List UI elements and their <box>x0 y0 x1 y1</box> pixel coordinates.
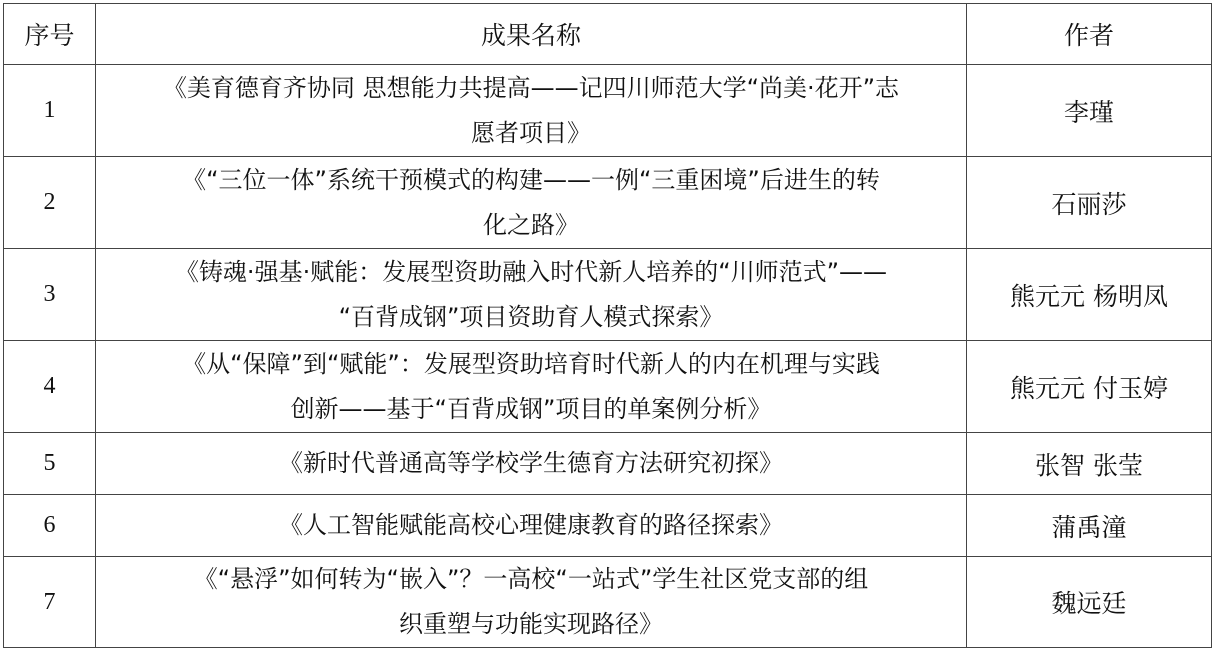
row-number: 4 <box>4 341 96 433</box>
title-line: 《铸魂·强基·赋能：发展型资助融入时代新人培养的“川师范式”—— <box>96 250 966 295</box>
row-number: 7 <box>4 557 96 648</box>
achievement-title: 《新时代普通高等学校学生德育方法研究初探》 <box>96 433 967 495</box>
table-row: 6 《人工智能赋能高校心理健康教育的路径探索》 蒲禹潼 <box>4 495 1212 557</box>
title-line: 《“三位一体”系统干预模式的构建——一例“三重困境”后进生的转 <box>96 158 966 203</box>
table-row: 4 《从“保障”到“赋能”：发展型资助培育时代新人的内在机理与实践 创新——基于… <box>4 341 1212 433</box>
table-row: 2 《“三位一体”系统干预模式的构建——一例“三重困境”后进生的转 化之路》 石… <box>4 157 1212 249</box>
title-line: 织重塑与功能实现路径》 <box>96 602 966 647</box>
achievement-title: 《“三位一体”系统干预模式的构建——一例“三重困境”后进生的转 化之路》 <box>96 157 967 249</box>
row-number: 6 <box>4 495 96 557</box>
header-author: 作者 <box>967 4 1212 65</box>
achievement-title: 《人工智能赋能高校心理健康教育的路径探索》 <box>96 495 967 557</box>
header-title: 成果名称 <box>96 4 967 65</box>
table-row: 3 《铸魂·强基·赋能：发展型资助融入时代新人培养的“川师范式”—— “百背成钢… <box>4 249 1212 341</box>
title-line: 《“悬浮”如何转为“嵌入”？一高校“一站式”学生社区党支部的组 <box>96 557 966 602</box>
achievement-title: 《铸魂·强基·赋能：发展型资助融入时代新人培养的“川师范式”—— “百背成钢”项… <box>96 249 967 341</box>
header-no: 序号 <box>4 4 96 65</box>
title-line: 化之路》 <box>96 203 966 248</box>
title-line: 《从“保障”到“赋能”：发展型资助培育时代新人的内在机理与实践 <box>96 342 966 387</box>
table-row: 5 《新时代普通高等学校学生德育方法研究初探》 张智 张莹 <box>4 433 1212 495</box>
author: 熊元元 杨明凤 <box>967 249 1212 341</box>
author: 熊元元 付玉婷 <box>967 341 1212 433</box>
author: 张智 张莹 <box>967 433 1212 495</box>
row-number: 2 <box>4 157 96 249</box>
row-number: 3 <box>4 249 96 341</box>
row-number: 1 <box>4 65 96 157</box>
achievement-title: 《“悬浮”如何转为“嵌入”？一高校“一站式”学生社区党支部的组 织重塑与功能实现… <box>96 557 967 648</box>
title-line: 《人工智能赋能高校心理健康教育的路径探索》 <box>96 503 966 548</box>
row-number: 5 <box>4 433 96 495</box>
title-line: “百背成钢”项目资助育人模式探索》 <box>96 295 966 340</box>
achievement-title: 《美育德育齐协同 思想能力共提高——记四川师范大学“尚美·花开”志 愿者项目》 <box>96 65 967 157</box>
title-line: 创新——基于“百背成钢”项目的单案例分析》 <box>96 387 966 432</box>
table-row: 7 《“悬浮”如何转为“嵌入”？一高校“一站式”学生社区党支部的组 织重塑与功能… <box>4 557 1212 648</box>
header-row: 序号 成果名称 作者 <box>4 4 1212 65</box>
results-table: 序号 成果名称 作者 1 《美育德育齐协同 思想能力共提高——记四川师范大学“尚… <box>3 3 1212 648</box>
title-line: 《美育德育齐协同 思想能力共提高——记四川师范大学“尚美·花开”志 <box>96 66 966 111</box>
title-line: 愿者项目》 <box>96 111 966 156</box>
author: 石丽莎 <box>967 157 1212 249</box>
achievement-title: 《从“保障”到“赋能”：发展型资助培育时代新人的内在机理与实践 创新——基于“百… <box>96 341 967 433</box>
table-row: 1 《美育德育齐协同 思想能力共提高——记四川师范大学“尚美·花开”志 愿者项目… <box>4 65 1212 157</box>
author: 李瑾 <box>967 65 1212 157</box>
author: 魏远廷 <box>967 557 1212 648</box>
author: 蒲禹潼 <box>967 495 1212 557</box>
title-line: 《新时代普通高等学校学生德育方法研究初探》 <box>96 441 966 486</box>
